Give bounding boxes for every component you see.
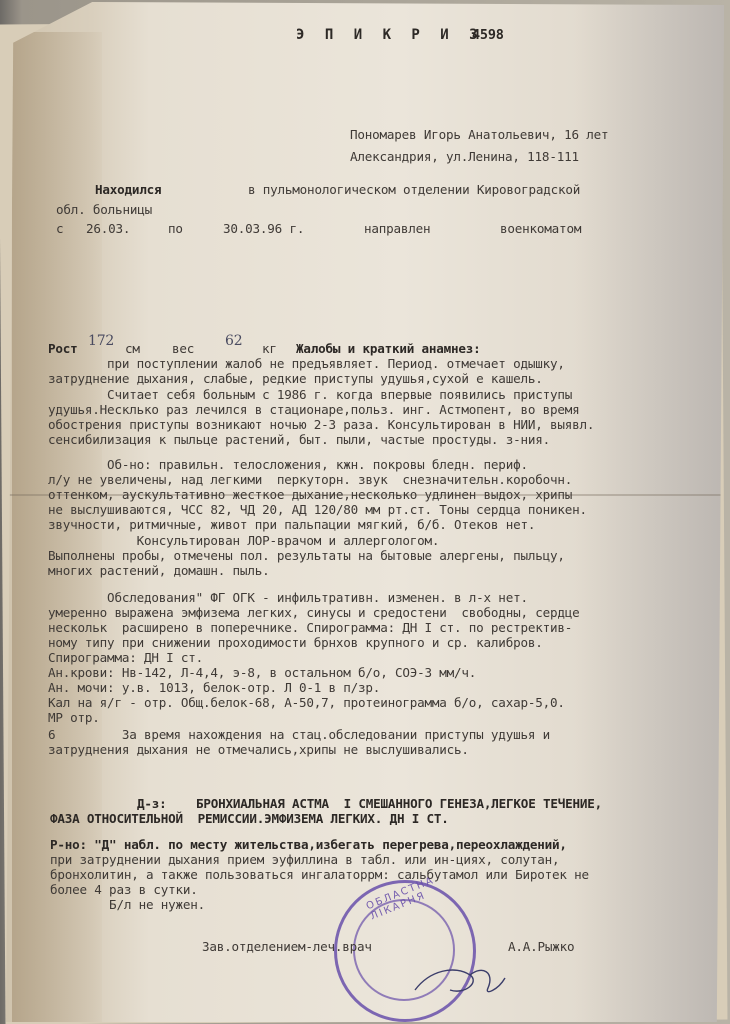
body-line: затруднение дыхания, слабые, редкие прис… — [48, 372, 543, 387]
diagnosis-line-1: БРОНХИАЛЬНАЯ АСТМА I СМЕШАННОГО ГЕНЕЗА,Л… — [196, 797, 602, 812]
to-label: по — [168, 222, 183, 237]
referred-by: военкоматом — [500, 222, 581, 237]
to-date: 30.03.96 г. — [223, 222, 304, 237]
height-value: 172 — [88, 334, 114, 349]
diagnosis-label: Д-з: — [137, 797, 167, 812]
from-date: 26.03. — [86, 222, 130, 237]
body-line: звучности, ритмичные, живот при пальпаци… — [48, 518, 535, 533]
body-line: Ан.крови: Нв-142, Л-4,4, э-8, в остально… — [48, 666, 476, 681]
body-line: л/у не увеличены, над легкими перкуторн.… — [48, 473, 572, 488]
weight-value: 62 — [225, 334, 242, 349]
body-line: умеренно выражена эмфизема легких, синус… — [48, 606, 580, 621]
stay-department: в пульмонологическом отделении Кировогра… — [248, 183, 580, 198]
body-line: многих растений, домашн. пыль. — [48, 564, 269, 579]
body-line: нескольк расширено в поперечнике. Спирог… — [48, 621, 572, 636]
weight-unit: кг — [262, 342, 277, 357]
body-line: Об-но: правильн. телосложения, кжн. покр… — [48, 458, 528, 473]
document-number: 4598 — [472, 28, 504, 43]
patient-address: Александрия, ул.Ленина, 118-111 — [350, 150, 579, 165]
height-label: Рост — [48, 342, 78, 357]
from-label: с — [56, 222, 63, 237]
paper-shadow — [574, 2, 724, 1024]
weight-label: вес — [172, 342, 194, 357]
body-line: Кал на я/г - отр. Общ.белок-68, А-50,7, … — [48, 696, 565, 711]
body-line: Ан. мочи: у.в. 1013, белок-отр. Л 0-1 в … — [48, 681, 380, 696]
recommendation-line: при затруднении дыхания прием эуфиллина … — [50, 853, 559, 868]
body-line: Обследования" ФГ ОГК - инфильтративн. из… — [48, 591, 528, 606]
complaints-heading: Жалобы и краткий анамнез: — [296, 342, 481, 357]
body-line: удушья.Несклько раз лечился в стационаре… — [48, 403, 580, 418]
recommendation-line: Б/л не нужен. — [50, 898, 205, 913]
body-line: Считает себя больным с 1986 г. когда впе… — [48, 388, 572, 403]
patient-name-age: Пономарев Игорь Анатольевич, 16 лет — [350, 128, 608, 143]
body-line: Консультирован ЛОР-врачом и аллергологом… — [48, 534, 439, 549]
handwritten-signature-icon — [410, 960, 520, 1000]
signoff-name: А.А.Рыжко — [508, 940, 574, 955]
body-line: ному типу при снижении проходимости брнх… — [48, 636, 543, 651]
body-line: не выслушиваются, ЧСС 82, ЧД 20, АД 120/… — [48, 503, 587, 518]
recommendation-line: бронхолитин, а также пользоваться ингала… — [50, 868, 589, 883]
body-line: 6 За время нахождения на стац.обследован… — [48, 728, 550, 743]
body-line: сенсибилизация к пыльце растений, быт. п… — [48, 433, 550, 448]
recommendation-line: Р-но: "Д" набл. по месту жительства,избе… — [50, 838, 567, 853]
body-line: при поступлении жалоб не предъявляет. Пе… — [48, 357, 565, 372]
body-line: МР отр. — [48, 711, 100, 726]
signoff-position: Зав.отделением-леч.врач — [202, 940, 372, 955]
height-unit: см — [125, 342, 140, 357]
stay-label: Находился — [95, 183, 161, 198]
body-line: обострения приступы возникают ночью 2-3 … — [48, 418, 594, 433]
document-title: Э П И К Р И З — [296, 28, 484, 43]
body-line: оттенком, аускультативно жесткое дыхание… — [48, 488, 572, 503]
body-line: Выполнены пробы, отмечены пол. результат… — [48, 549, 565, 564]
body-line: Спирограмма: ДН I ст. — [48, 651, 203, 666]
stay-hospital: обл. больницы — [56, 203, 152, 218]
diagnosis-line-2: ФАЗА ОТНОСИТЕЛЬНОЙ РЕМИССИИ.ЭМФИЗЕМА ЛЕГ… — [50, 812, 449, 827]
referred-label: направлен — [364, 222, 430, 237]
body-line: затруднения дыхания не отмечались,хрипы … — [48, 743, 469, 758]
recommendation-line: более 4 раз в сутки. — [50, 883, 198, 898]
